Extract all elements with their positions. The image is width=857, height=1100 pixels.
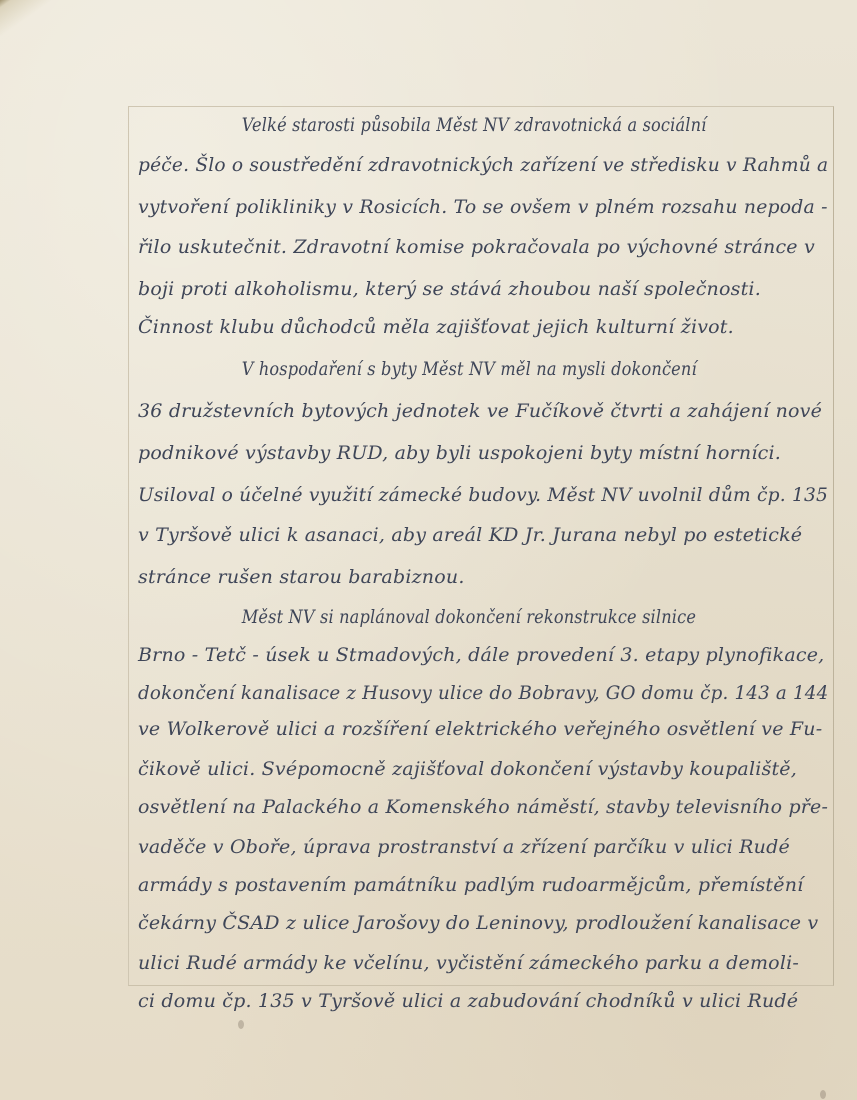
text-line: boji proti alkoholismu, který se stává z… — [138, 278, 828, 300]
text-line: ulici Rudé armády ke včelínu, vyčistění … — [138, 952, 828, 974]
text-line: osvětlení na Palackého a Komenského námě… — [138, 796, 826, 818]
text-line: vytvoření polikliniky v Rosicích. To se … — [138, 196, 821, 218]
text-line: Brno - Tetč - úsek u Stmadových, dále pr… — [138, 644, 828, 666]
book-page-corner — [0, 0, 77, 46]
paper-smudge — [820, 1090, 826, 1099]
text-line: podnikové výstavby RUD, aby byli uspokoj… — [138, 442, 828, 464]
text-line: Činnost klubu důchodců měla zajišťovat j… — [138, 316, 828, 338]
paper-smudge — [238, 1020, 244, 1029]
text-line: 36 družstevních bytových jednotek ve Fuč… — [138, 400, 828, 422]
text-line: Usiloval o účelné využití zámecké budovy… — [138, 484, 814, 506]
text-line: Měst NV si naplánoval dokončení rekonstr… — [138, 606, 828, 628]
text-line: V hospodaření s byty Měst NV měl na mysl… — [138, 358, 828, 380]
text-line: v Tyršově ulici k asanaci, aby areál KD … — [138, 524, 828, 546]
text-line: péče. Šlo o soustředění zdravotnických z… — [138, 154, 814, 176]
text-line: čikově ulici. Svépomocně zajišťoval doko… — [138, 758, 828, 780]
text-line: stránce rušen starou barabiznou. — [138, 566, 828, 588]
text-line: Velké starosti působila Měst NV zdravotn… — [138, 114, 828, 136]
text-line: armády s postavením památníku padlým rud… — [138, 874, 828, 896]
text-line: ve Wolkerově ulici a rozšíření elektrick… — [138, 718, 828, 740]
text-line: ci domu čp. 135 v Tyršově ulici a zabudo… — [138, 990, 828, 1012]
text-line: čekárny ČSAD z ulice Jarošovy do Leninov… — [138, 912, 828, 934]
text-line: vaděče v Oboře, úprava prostranství a zř… — [138, 836, 828, 858]
text-line: řilo uskutečnit. Zdravotní komise pokrač… — [138, 236, 828, 258]
text-line: dokončení kanalisace z Husovy ulice do B… — [138, 682, 801, 704]
